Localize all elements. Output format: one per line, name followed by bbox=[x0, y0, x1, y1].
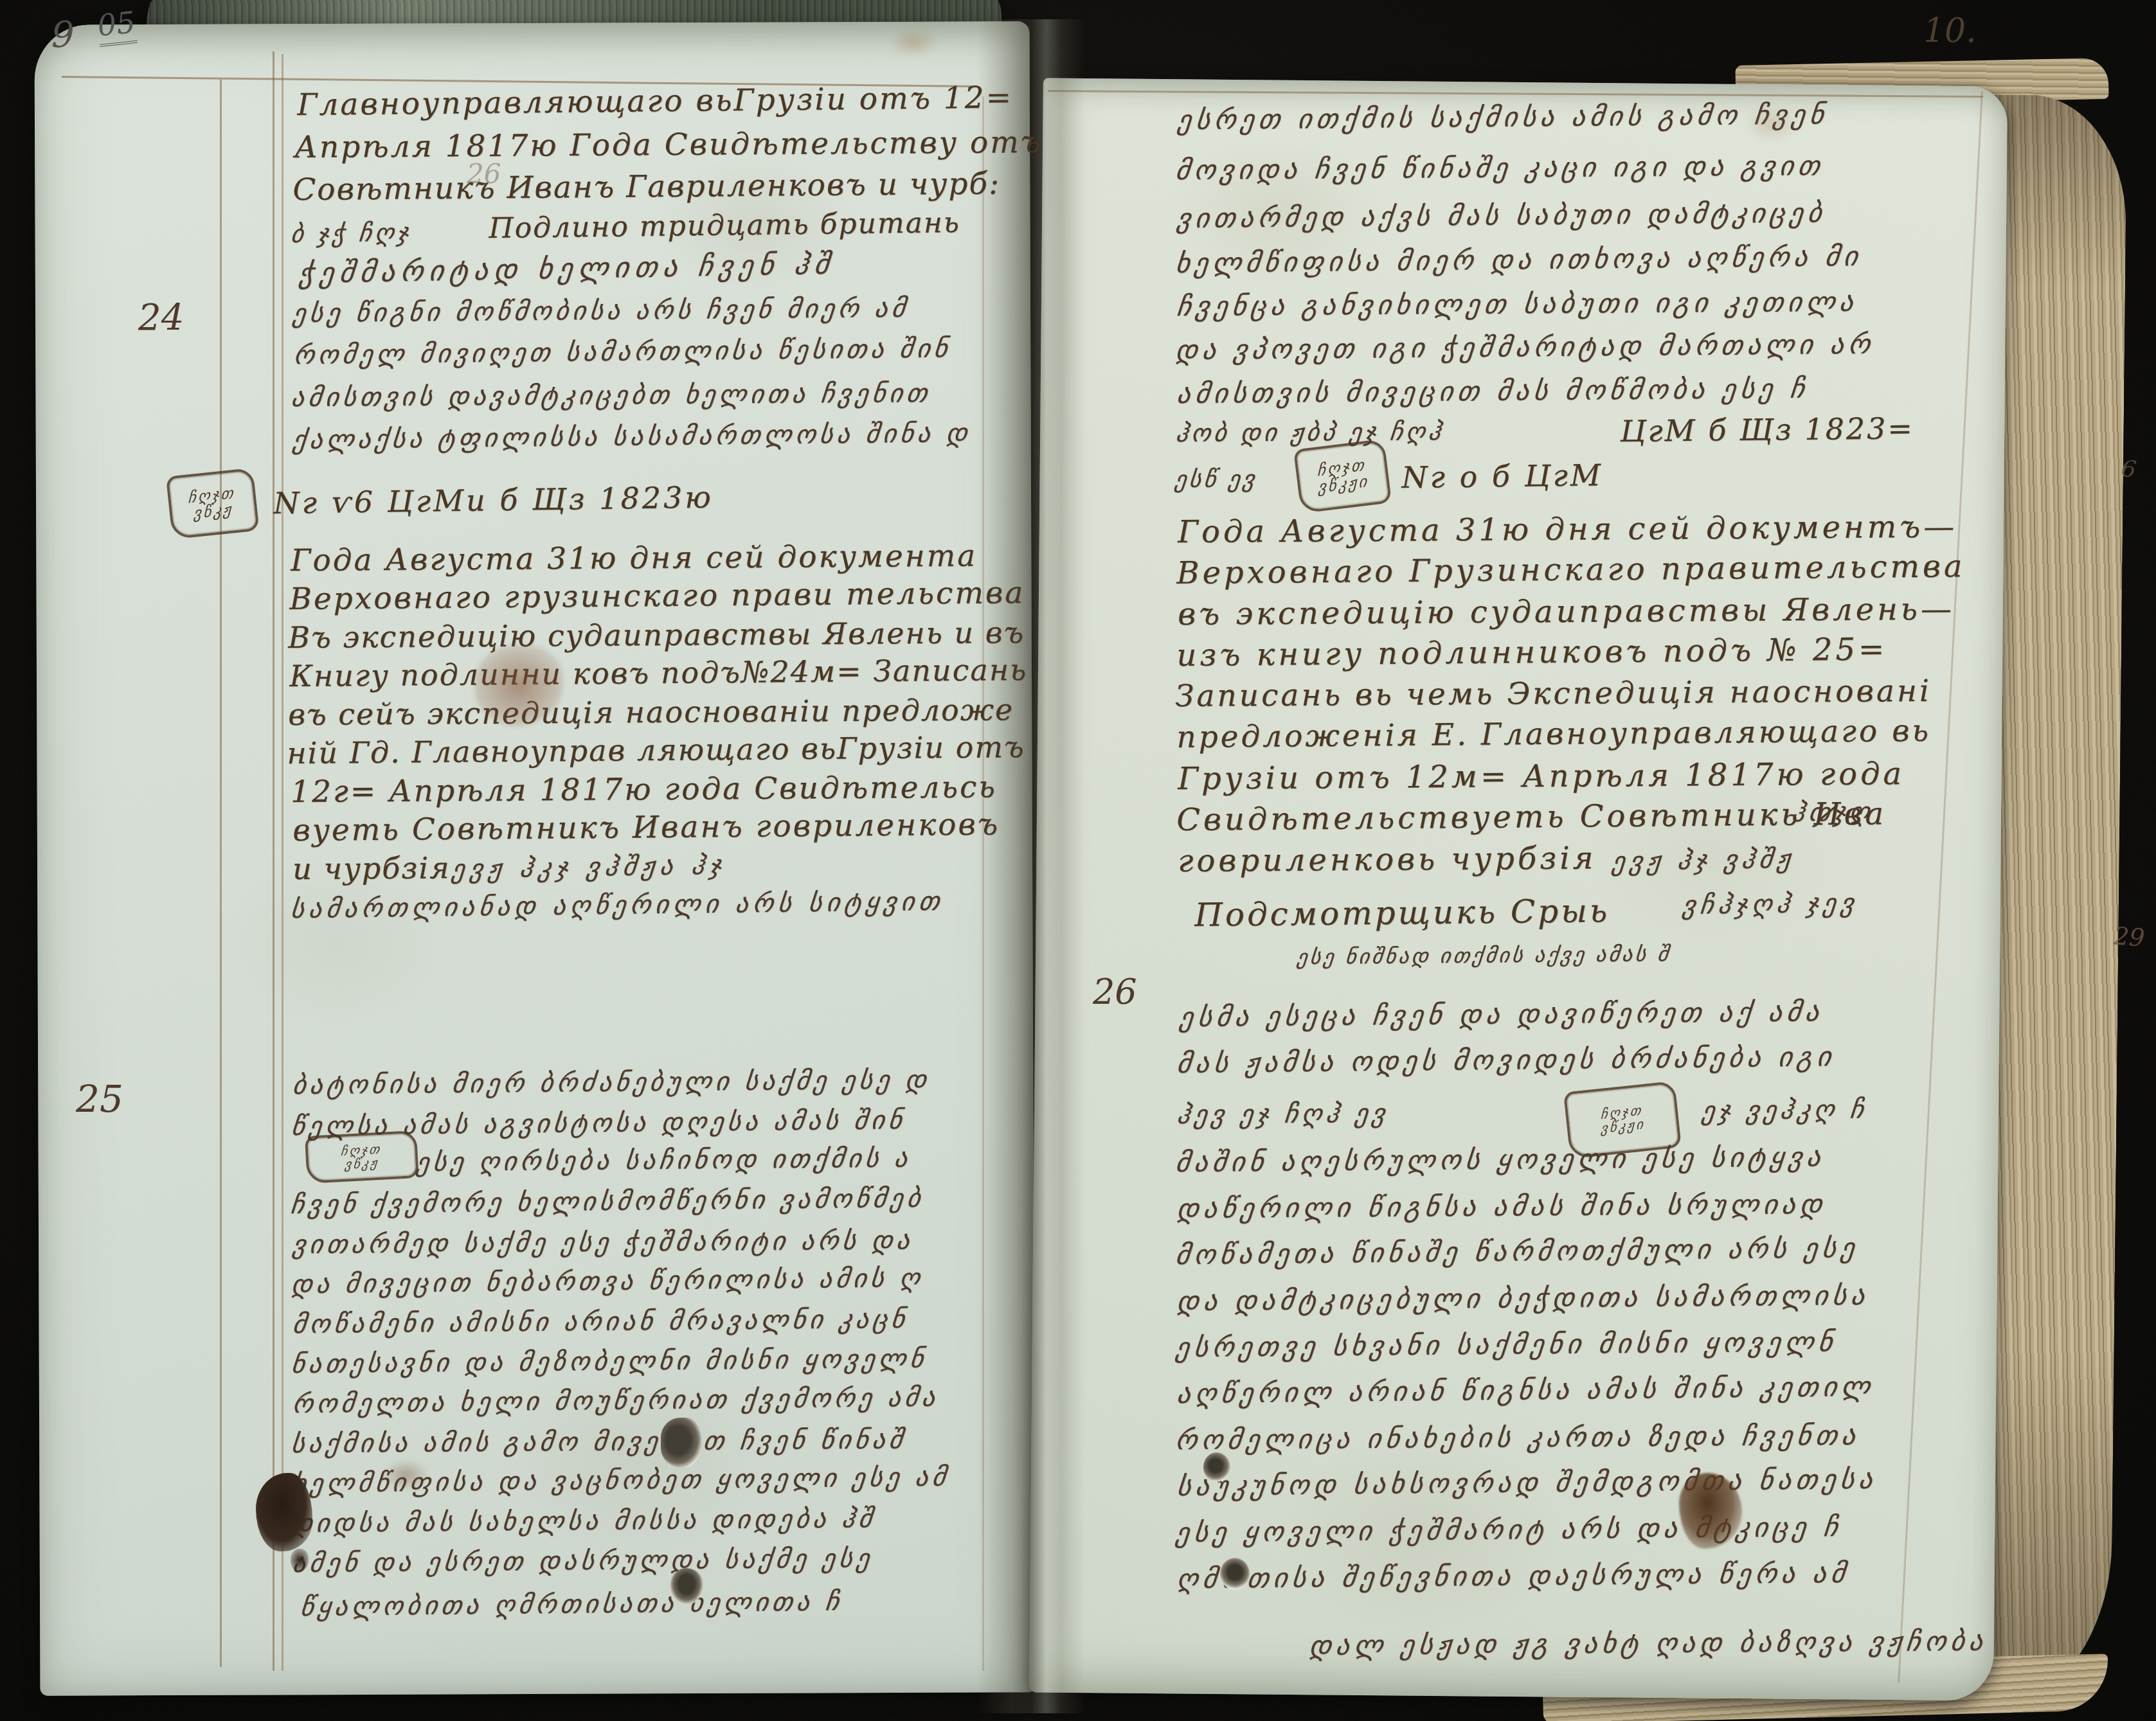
handwritten-line: Подсмотрщикь Срыь bbox=[1194, 892, 1610, 934]
handwritten-line: ჩვენცა განვიხილეთ საბუთი იგი კეთილა bbox=[1175, 286, 1860, 322]
stamp-text-line: ვწკჟი bbox=[1318, 473, 1369, 496]
handwritten-line: მას ჟამსა ოდეს მოვიდეს ბრძანება იგი bbox=[1175, 1040, 1837, 1079]
handwritten-line: რომელიცა ინახების კართა ზედა ჩვენთა bbox=[1174, 1420, 1862, 1456]
handwritten-line: Грузіи отъ 12м= Апрѣля 1817ю года bbox=[1178, 756, 1905, 797]
photo-backdrop: 9 05 10. 24 25 26 26 6 29 Главноуправляю… bbox=[0, 0, 2156, 1721]
handwritten-line: ეჯ ვეჰკღ ჩ bbox=[1700, 1094, 1869, 1126]
handwritten-line: Nг о б ЦгМ bbox=[1401, 458, 1603, 495]
registration-stamp: ჩღჯთვწკჟი bbox=[1293, 439, 1392, 514]
handwritten-line: ჰევ ეჯ ჩღჰ ევ bbox=[1176, 1099, 1391, 1130]
handwritten-line: და ვპოვეთ იგი ჭეშმარიტად მართალი არ bbox=[1174, 328, 1876, 366]
handwritten-line: ესე ნიშნად ითქმის აქვე ამას შ bbox=[1296, 941, 1673, 969]
handwritten-line: ესრეთ ითქმის საქმისა ამის გამო ჩვენ bbox=[1176, 98, 1830, 136]
handwritten-line: ღმრთისა შეწევნითა დაესრულა წერა ამ bbox=[1175, 1557, 1851, 1594]
handwritten-line: მაშინ აღესრულოს ყოველი ესე სიტყვა bbox=[1174, 1141, 1827, 1178]
handwritten-line: მოწამეთა წინაშე წარმოთქმული არს ესე bbox=[1174, 1232, 1860, 1271]
handwritten-line: Записань вь чемь Экспедиція наосновані bbox=[1175, 673, 1932, 714]
handwritten-line: предложенія Е. Главноуправляющаго вь bbox=[1176, 713, 1931, 755]
right-page-text: ესრეთ ითქმის საქმისა ამის გამო ჩვენმოვიდ… bbox=[0, 0, 2156, 1721]
handwritten-line: ესე ყოველი ჭეშმარიტ არს და მტკიცე ჩ bbox=[1174, 1511, 1844, 1548]
handwritten-line: ჰჶჯღ bbox=[1790, 797, 1875, 828]
handwritten-line: ესრეთვე სხვანი საქმენი მისნი ყოველნ bbox=[1174, 1326, 1838, 1363]
handwritten-line: ამისთვის მივეცით მას მოწმობა ესე ჩ bbox=[1175, 372, 1811, 409]
handwritten-line: Верховнаго Грузинскаго правительства bbox=[1176, 548, 1966, 591]
handwritten-line: Свидѣтельствуеть Совѣтникь Ива bbox=[1176, 796, 1887, 838]
handwritten-line: აღწერილ არიან წიგნსა ამას შინა კეთილ bbox=[1175, 1371, 1876, 1409]
handwritten-line: ვჩჰჯღჰ ჯევ bbox=[1681, 888, 1860, 920]
handwritten-line: изъ книгу подлинниковъ подъ № 25= bbox=[1176, 631, 1887, 673]
handwritten-line: въ экспедицію судаиправствы Явлень— bbox=[1178, 591, 1955, 632]
handwritten-line: ესმა ესეცა ჩვენ და დავიწერეთ აქ ამა bbox=[1178, 995, 1825, 1033]
handwritten-line: ხელმწიფისა მიერ და ითხოვა აღწერა მი bbox=[1174, 240, 1864, 279]
handwritten-line: ევჟ ჰჯ ვჰშჟ bbox=[1610, 844, 1797, 877]
handwritten-line: საუკუნოდ სახსოვრად შემდგომთა ნათესა bbox=[1175, 1463, 1878, 1502]
handwritten-line: Года Августа 31ю дня сей документъ— bbox=[1178, 509, 1957, 550]
handwritten-line: და დამტკიცებული ბეჭდითა სამართლისა bbox=[1175, 1280, 1871, 1317]
handwritten-line: მოვიდა ჩვენ წინაშე კაცი იგი და გვით bbox=[1174, 150, 1826, 186]
handwritten-line: ვითარმედ აქვს მას საბუთი დამტკიცებ bbox=[1175, 197, 1828, 234]
handwritten-line: говриленковь чурбзія bbox=[1178, 840, 1597, 879]
handwritten-line: დალ ესჟად ჟგ ვახტ ღად ბაზღვა ვჟჩობა bbox=[1307, 1625, 1989, 1661]
handwritten-line: ЦгМ б Щз 1823= bbox=[1620, 411, 1914, 449]
stamp-text-line: ვწკჟი bbox=[1601, 1118, 1646, 1136]
handwritten-line: დაწერილი წიგნსა ამას შინა სრულიად bbox=[1175, 1188, 1828, 1224]
handwritten-line: ესწ ევ bbox=[1173, 466, 1259, 493]
handwritten-line: ჰობ დი ჟბპ ეჯ ჩღჰ bbox=[1174, 417, 1446, 447]
